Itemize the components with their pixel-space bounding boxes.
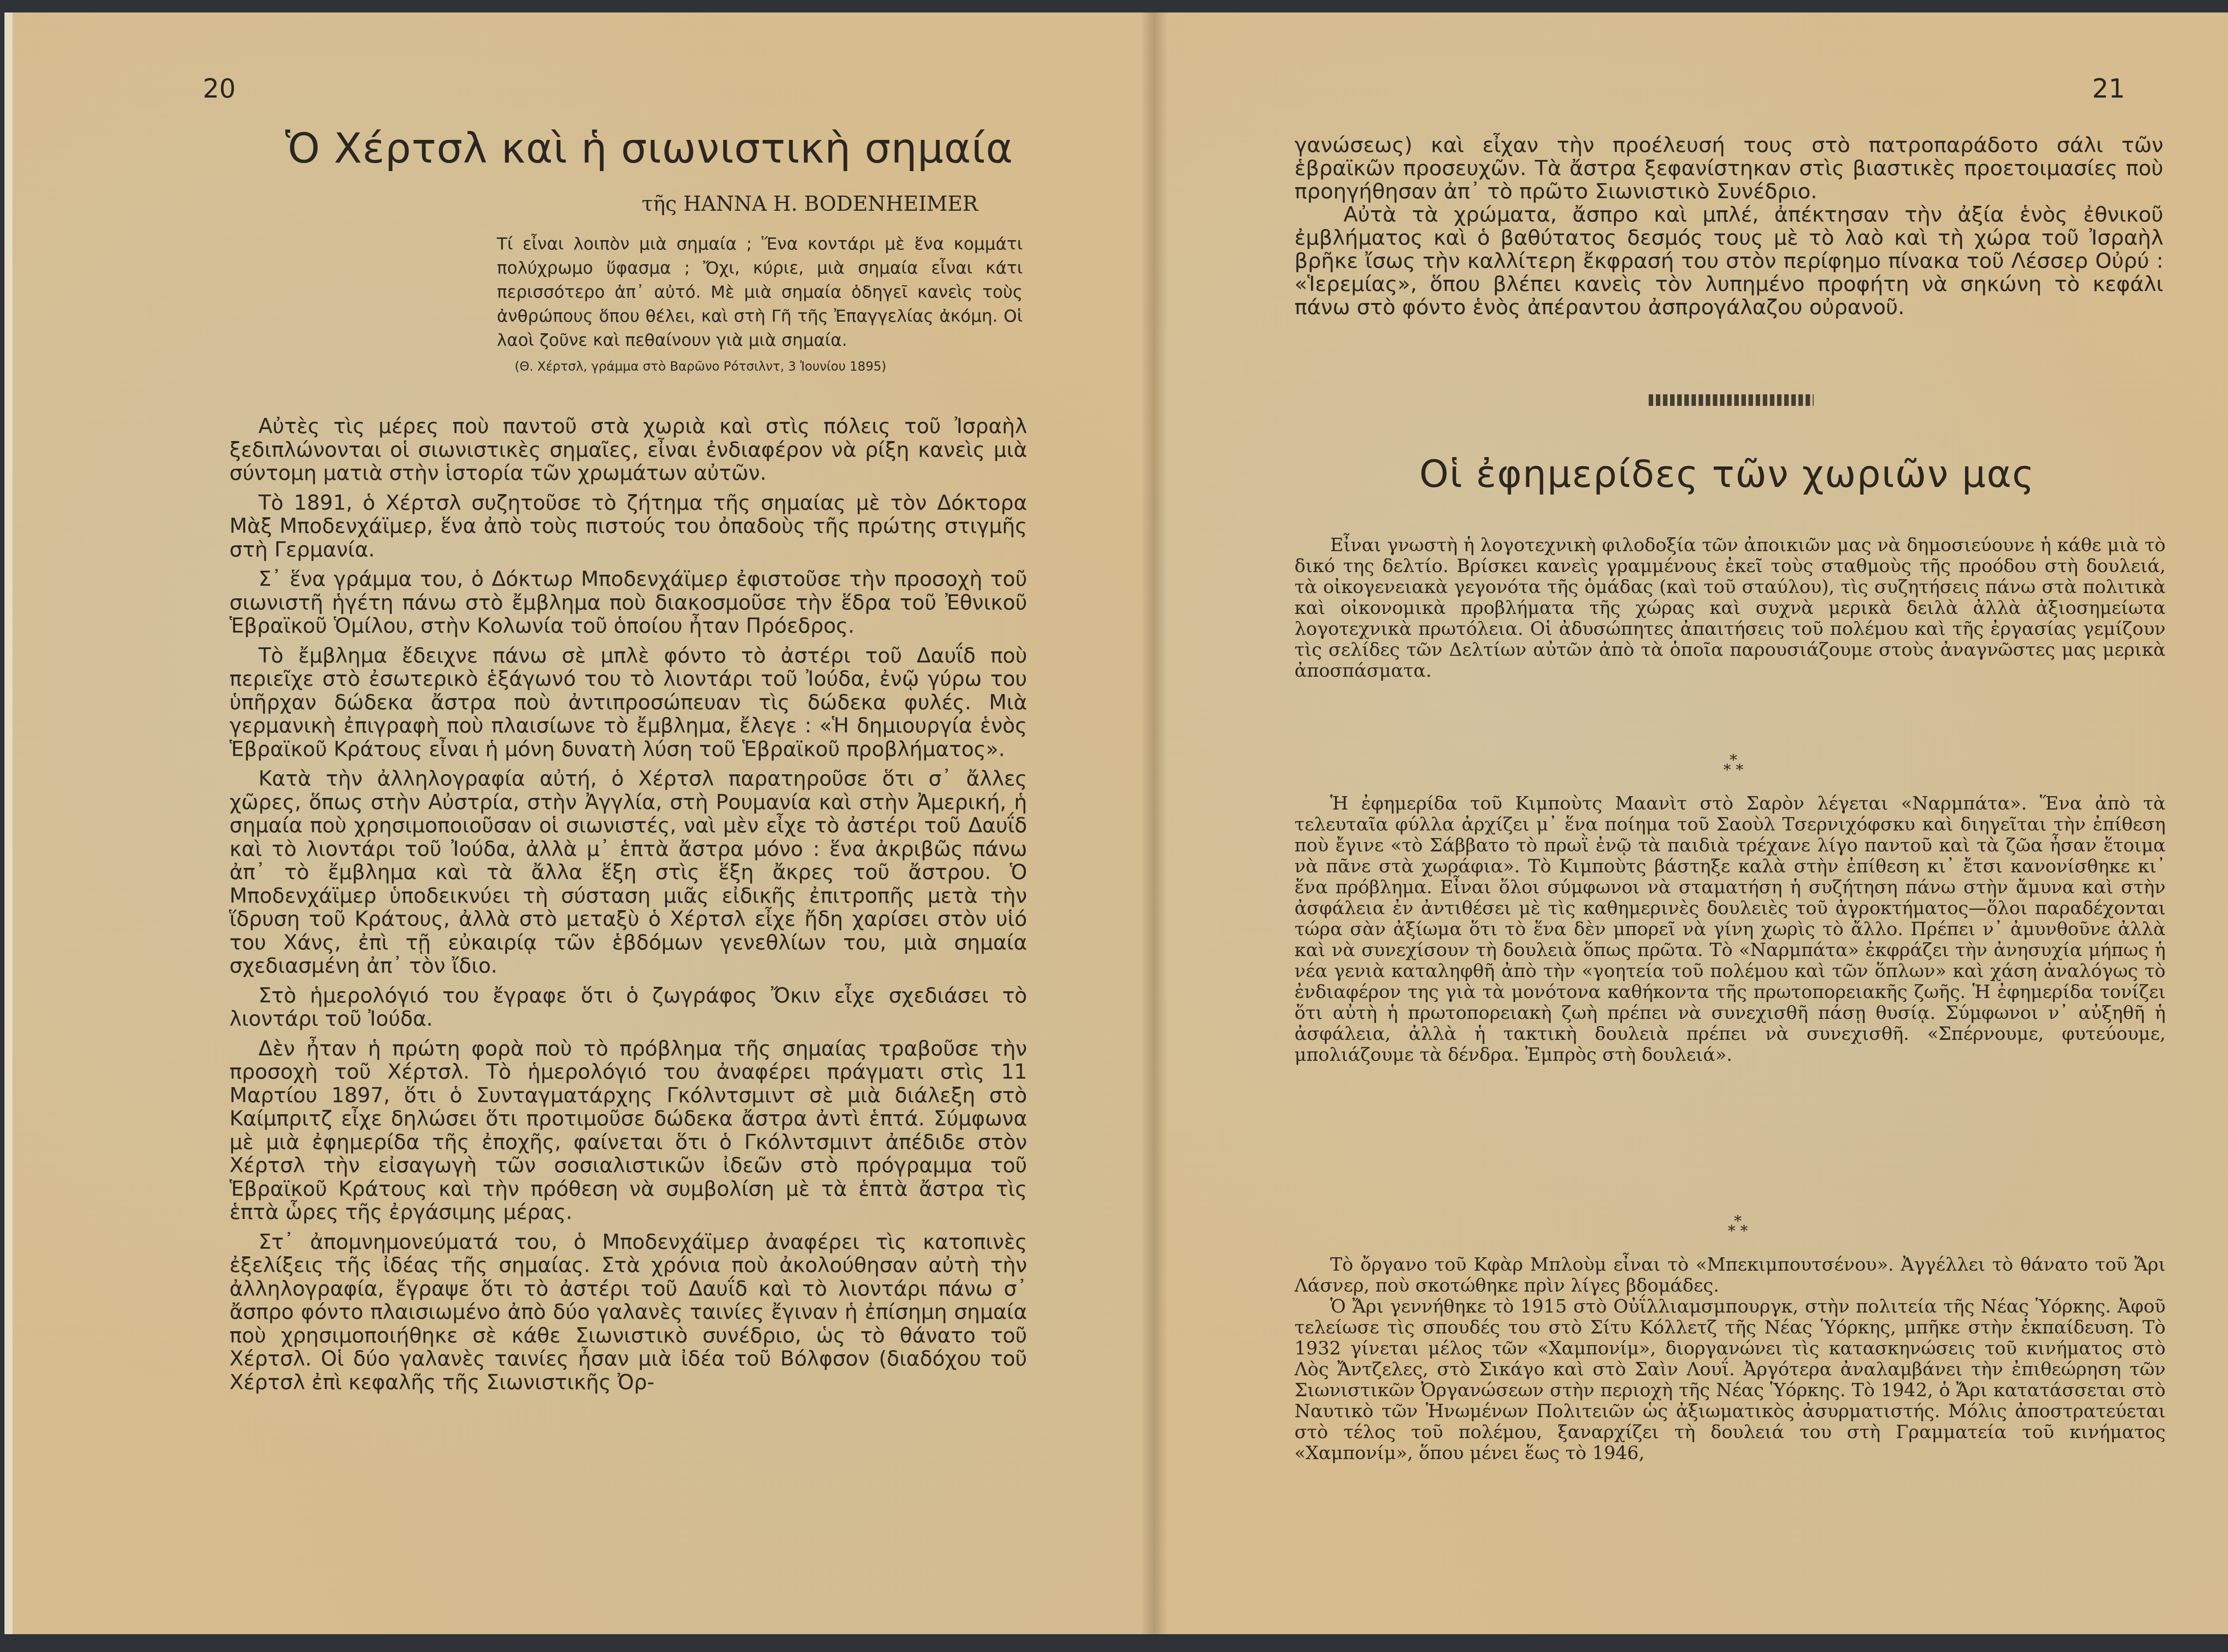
ornament-divider <box>1649 394 1814 406</box>
second-article-title: Οἱ ἐφημερίδες τῶν χωριῶν μας <box>1419 452 2035 496</box>
paragraph: Αὐτὰ τὰ χρώματα, ἄσπρο καὶ μπλέ, ἀπέκτησ… <box>1294 203 2163 319</box>
section-narbata: Ἡ ἐφημερίδα τοῦ Κιμποὺτς Μαανὶτ στὸ Σαρὸ… <box>1294 793 2166 1065</box>
epigraph-citation: (Θ. Χέρτσλ, γράμμα στὸ Βαρῶνο Ρότσιλντ, … <box>497 355 1023 379</box>
page-number-right: 21 <box>2092 74 2125 104</box>
article-continuation: γανώσεως) καὶ εἶχαν τὴν προέλευσή τους σ… <box>1294 134 2163 319</box>
paragraph: Τὸ 1891, ὁ Χέρτσλ συζητοῦσε τὸ ζήτημα τῆ… <box>229 491 1027 561</box>
paragraph: Στὸ ἡμερολόγιό του ἔγραφε ὅτι ὁ ζωγράφος… <box>229 984 1027 1030</box>
paragraph: γανώσεως) καὶ εἶχαν τὴν προέλευσή τους σ… <box>1294 134 2163 203</box>
epigraph: Τί εἶναι λοιπὸν μιὰ σημαία ; Ἕνα κοντάρι… <box>497 232 1023 379</box>
asterism-separator: ** * <box>1716 755 1751 775</box>
paragraph: Στ᾽ ἀπομνημονεύματά του, ὁ Μποδενχάϊμερ … <box>229 1230 1027 1394</box>
paragraph: Ὁ Ἄρι γεννήθηκε τὸ 1915 στὸ Οὐΐλλιαμσμπο… <box>1294 1296 2166 1464</box>
paragraph: Σ᾽ ἕνα γράμμα του, ὁ Δόκτωρ Μποδενχάϊμερ… <box>229 567 1027 638</box>
asterism-separator: ** * <box>1720 1216 1756 1236</box>
paragraph: Ἡ ἐφημερίδα τοῦ Κιμποὺτς Μαανὶτ στὸ Σαρὸ… <box>1294 793 2166 1065</box>
book-gutter <box>1141 12 1167 1634</box>
paragraph: Αὐτὲς τὶς μέρες ποὺ παντοῦ στὰ χωριὰ καὶ… <box>229 414 1027 485</box>
paragraph: Κατὰ τὴν ἀλληλογραφία αὐτή, ὁ Χέρτσλ παρ… <box>229 767 1027 977</box>
paragraph: Τὸ ὄργανο τοῦ Κφὰρ Μπλοὺμ εἶναι τὸ «Μπεκ… <box>1294 1254 2166 1296</box>
paragraph: Τὸ ἔμβλημα ἔδειχνε πάνω σὲ μπλὲ φόντο τὸ… <box>229 644 1027 761</box>
section-kfar-blum: Τὸ ὄργανο τοῦ Κφὰρ Μπλοὺμ εἶναι τὸ «Μπεκ… <box>1294 1254 2166 1464</box>
paragraph: Εἶναι γνωστὴ ἡ λογοτεχνικὴ φιλοδοξία τῶν… <box>1294 535 2166 681</box>
article-byline: τῆς HANNA H. BODENHEIMER <box>642 192 978 216</box>
paragraph: Δὲν ἦταν ἡ πρώτη φορὰ ποὺ τὸ πρόβλημα τῆ… <box>229 1037 1027 1224</box>
article-body: Αὐτὲς τὶς μέρες ποὺ παντοῦ στὰ χωριὰ καὶ… <box>229 414 1027 1400</box>
page-number-left: 20 <box>203 74 236 104</box>
article-title: Ὁ Χέρτσλ καὶ ἡ σιωνιστικὴ σημαία <box>285 125 1013 172</box>
intro-section: Εἶναι γνωστὴ ἡ λογοτεχνικὴ φιλοδοξία τῶν… <box>1294 535 2166 681</box>
epigraph-text: Τί εἶναι λοιπὸν μιὰ σημαία ; Ἕνα κοντάρι… <box>497 232 1023 352</box>
